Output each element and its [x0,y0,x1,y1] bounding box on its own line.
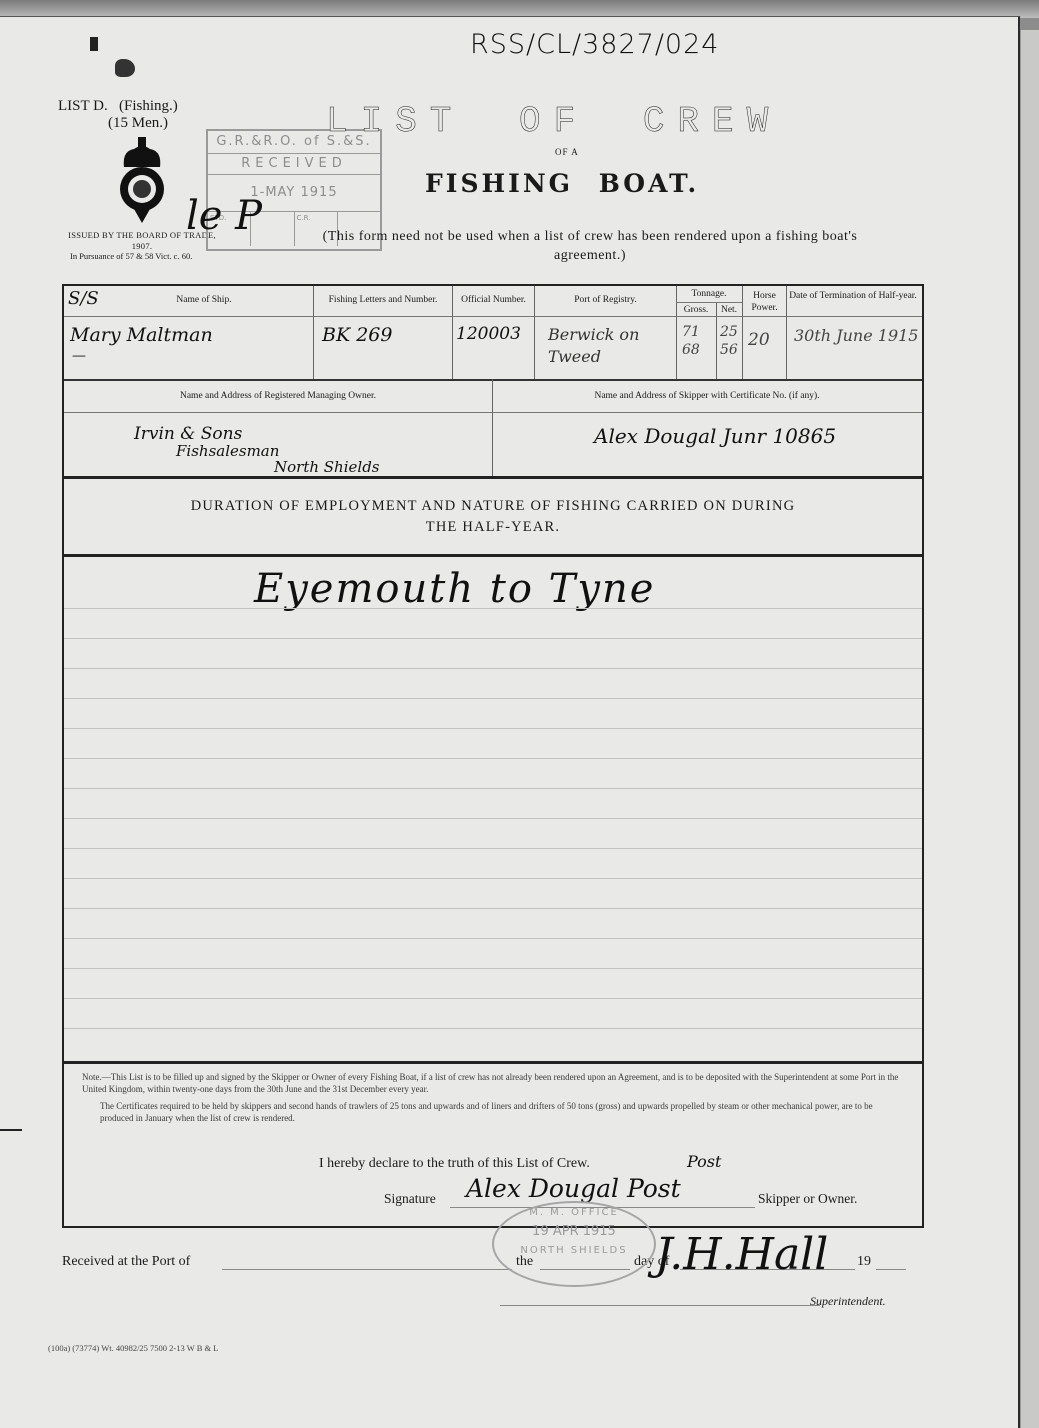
page-subtitle: FISHING BOAT. [425,169,699,198]
header-horse-power: Horse Power. [743,290,786,314]
ruled-line [64,758,922,759]
gross-value-1: 71 [682,324,700,340]
ruled-line [64,728,922,729]
ruled-line [64,698,922,699]
net-value-2: 56 [720,342,738,358]
royal-crest-icon [116,137,168,229]
signature-superscript: Post [687,1152,721,1171]
dash-mark: — [72,348,86,364]
owner-address-value: North Shields [274,458,380,476]
ruled-line [64,668,922,669]
ruled-line [64,1028,922,1029]
margin-tick [0,1129,22,1131]
ruled-line [64,938,922,939]
horse-power-value: 20 [748,330,770,350]
owner-occupation-value: Fishsalesman [176,442,279,460]
margin-initials: le P [186,193,262,239]
superintendent-signature-line[interactable] [500,1305,820,1306]
termination-date-value: 30th June 1915 [794,326,918,345]
form-type-label: (Fishing.) [119,98,178,114]
fishing-letters-value: BK 269 [322,324,392,346]
mmo-stamp-location: NORTH SHIELDS [494,1245,654,1256]
duration-heading-line2: THE HALF-YEAR. [64,517,922,538]
duration-heading: DURATION OF EMPLOYMENT AND NATURE OF FIS… [64,496,922,538]
form-usage-note: (This form need not be used when a list … [285,227,895,265]
divider [64,1061,922,1064]
stamp-received: RECEIVED [208,154,380,175]
header-termination-date: Date of Termination of Half-year. [787,290,919,302]
underlying-page-edge [1020,30,1039,1428]
form-capacity: (15 Men.) [108,115,168,132]
port-of-registry-value: Berwick on Tweed [548,324,668,368]
mmo-stamp: M. M. OFFICE 19 APR 1915 NORTH SHIELDS [492,1201,656,1287]
owner-name-value: Irvin & Sons [134,424,242,444]
note-paragraph: The Certificates required to be held by … [82,1100,908,1124]
mmo-stamp-office: M. M. OFFICE [494,1207,654,1218]
year-prefix: 19 [857,1254,871,1270]
mmo-stamp-date: 19 APR 1915 [494,1224,654,1239]
skipper-value: Alex Dougal Junr 10865 [594,424,836,448]
ruled-line [64,608,922,609]
header-official-number: Official Number. [453,294,534,306]
divider [64,379,922,381]
divider [64,554,922,557]
form-notes: Note.—This List is to be filled up and s… [82,1071,908,1129]
declaration-text: I hereby declare to the truth of this Li… [319,1156,590,1172]
ink-blot [115,59,135,77]
header-tonnage: Tonnage. [676,288,742,300]
header-name-of-ship: Name of Ship. [104,294,304,306]
gross-value-2: 68 [682,342,700,358]
official-number-value: 120003 [456,324,521,344]
issuer-statute: In Pursuance of 57 & 58 Vict. c. 60. [70,251,192,261]
net-value-1: 25 [720,324,738,340]
signature-value: Alex Dougal Post [466,1174,681,1203]
page-title: LIST OF CREW [326,101,781,142]
document-page: RSS/CL/3827/024 LIST D. (Fishing.) (15 M… [0,16,1020,1428]
form-list-id: LIST D. (Fishing.) [58,98,178,115]
crew-list-form: S/S Name of Ship. Fishing Letters and Nu… [62,284,924,1228]
header-net: Net. [716,304,742,316]
ruled-line [64,908,922,909]
archive-reference: RSS/CL/3827/024 [470,29,719,60]
header-managing-owner: Name and Address of Registered Managing … [64,390,492,402]
ruled-line [64,818,922,819]
ruled-line [64,788,922,789]
ink-blot [90,37,98,51]
ruled-line [64,638,922,639]
form-list-label: LIST D. [58,98,108,114]
signature-label: Signature [384,1191,436,1207]
ship-name-value: Mary Maltman [70,324,213,346]
header-fishing-letters: Fishing Letters and Number. [314,294,452,306]
divider [676,302,742,303]
corner-mark: S/S [68,288,99,309]
ruled-line [64,878,922,879]
divider [64,476,922,479]
header-gross: Gross. [676,304,716,316]
ruled-line [64,998,922,999]
superintendent-label: Superintendent. [810,1294,886,1309]
ruled-line [64,848,922,849]
title-connector: OF A [555,147,579,157]
ruled-line [64,968,922,969]
duration-value: Eyemouth to Tyne [254,566,655,612]
divider [64,412,922,413]
divider [64,316,922,317]
received-port-field[interactable] [222,1269,512,1270]
skipper-or-owner-label: Skipper or Owner. [758,1191,857,1207]
header-skipper: Name and Address of Skipper with Certifi… [493,390,921,402]
duration-heading-line1: DURATION OF EMPLOYMENT AND NATURE OF FIS… [64,496,922,517]
received-port-label: Received at the Port of [62,1254,190,1270]
year-field[interactable] [876,1269,906,1270]
printer-imprint: (100a) (73774) Wt. 40982/25 7500 2-13 W … [48,1343,218,1353]
header-port-of-registry: Port of Registry. [535,294,676,306]
superintendent-signature: J.H.Hall [655,1229,828,1280]
note-paragraph: Note.—This List is to be filled up and s… [82,1071,908,1095]
